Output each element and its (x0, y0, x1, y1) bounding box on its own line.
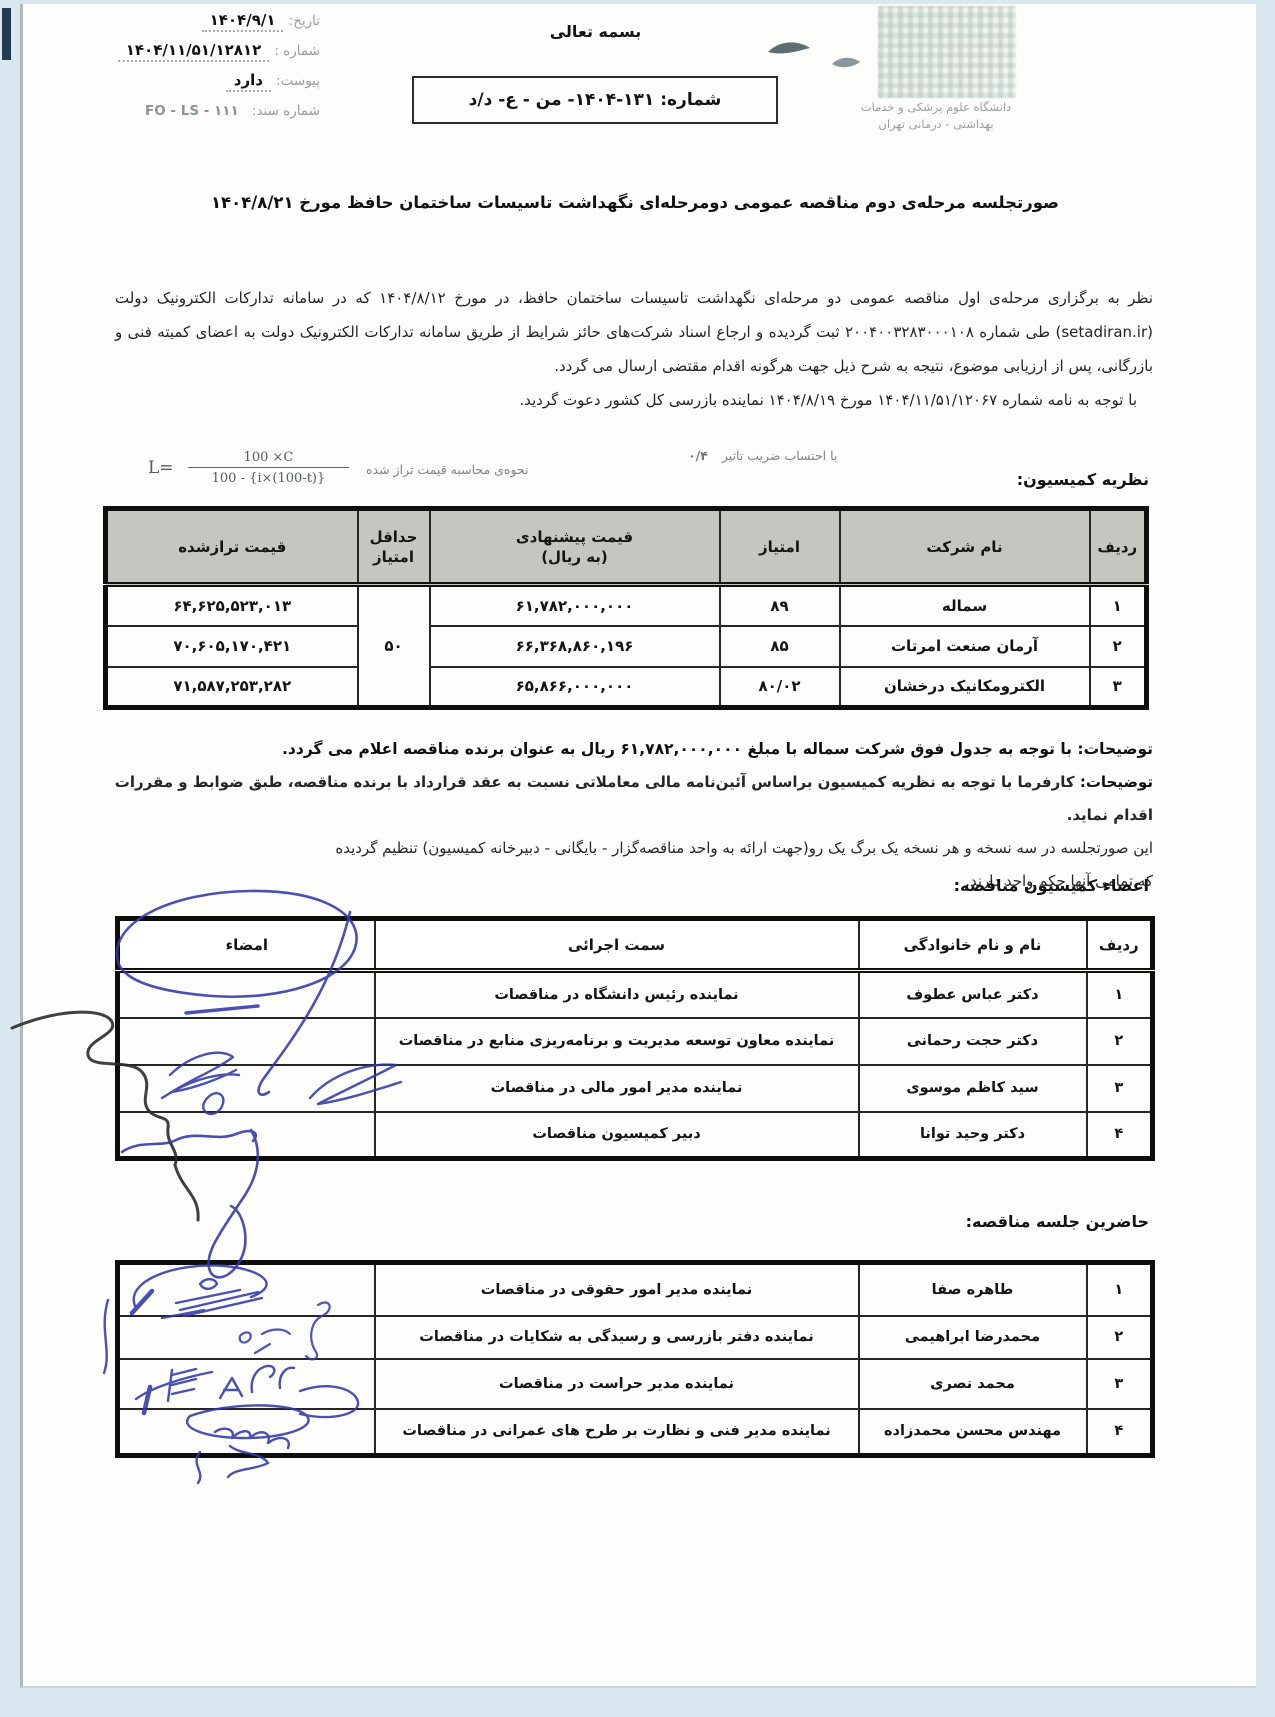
attachment-value: دارد (226, 71, 271, 92)
attendees-heading: حاضرین جلسه مناقصه: (966, 1212, 1149, 1231)
number-label: شماره : (274, 43, 320, 59)
cell-role: نماینده مدیر فنی و نظارت بر طرح های عمرا… (375, 1409, 859, 1456)
coefficient-note: با احتساب ضریب تاثیر ۰/۴ (688, 448, 837, 463)
price-formula: L= 100 ×C 100 - {i×(100-t)} (148, 450, 349, 486)
table-row: ۲ محمدرضا ابراهیمی نماینده دفتر بازرسی و… (118, 1316, 1153, 1359)
attendees-table: ۱ طاهره صفا نماینده مدیر امور حقوقی در م… (115, 1260, 1155, 1458)
commission-header-row: ردیف نام شرکت امتیاز قیمت پیشنهادی (به ر… (106, 509, 1147, 585)
commission-heading: نظریه کمیسیون: (1017, 470, 1149, 489)
body-paragraphs: نظر به برگزاری مرحله‌ی اول مناقصه عمومی … (115, 281, 1153, 417)
cell-score: ۸۵ (720, 626, 840, 667)
notes-block: توضیحات: با توجه به جدول فوق شرکت سماله … (113, 733, 1153, 898)
doc-code-value: FO - LS - ۱۱۱ (137, 103, 247, 120)
cell-company: الکترومکانیک درخشان (840, 667, 1090, 708)
cell-name: دکتر عباس عطوف (859, 971, 1087, 1018)
paragraph-1: نظر به برگزاری مرحله‌ی اول مناقصه عمومی … (115, 281, 1153, 383)
university-name-line1: دانشگاه علوم پزشکی و خدمات (845, 99, 1027, 116)
cell-role: نماینده رئیس دانشگاه در مناقصات (375, 971, 859, 1018)
note-copies-line1: این صورتجلسه در سه نسخه و هر نسخه یک برگ… (113, 832, 1153, 865)
col-balanced-price: قیمت ترازشده (106, 509, 358, 585)
scanned-document: تاریخ: ۱۴۰۴/۹/۱ شماره : ۱۴۰۴/۱۱/۵۱/۱۲۸۱۲… (0, 0, 1275, 1717)
col-row: ردیف (1090, 509, 1147, 585)
cell-company: آرمان صنعت امرتات (840, 626, 1090, 667)
cell-signature (118, 1263, 375, 1316)
university-name-line2: بهداشتی - درمانی تهران (845, 116, 1027, 133)
letter-number-box: شماره: ۱۳۱-۱۴۰۴- من - ع- د/د (412, 76, 778, 124)
cell-signature (118, 1065, 375, 1112)
cell-balanced-price: ۶۴,۶۲۵,۵۲۳,۰۱۳ (106, 585, 358, 626)
cell-price: ۶۶,۳۶۸,۸۶۰,۱۹۶ (430, 626, 720, 667)
doc-code-label: شماره سند: (252, 103, 320, 119)
table-row: ۲ دکتر حجت رحمانی نماینده معاون توسعه مد… (118, 1018, 1153, 1065)
cell-price: ۶۵,۸۶۶,۰۰۰,۰۰۰ (430, 667, 720, 708)
table-row: ۳ الکترومکانیک درخشان ۸۰/۰۲ ۶۵,۸۶۶,۰۰۰,۰… (106, 667, 1147, 708)
letter-attachment: پیوست: دارد (30, 70, 320, 89)
cell-balanced-price: ۷۱,۵۸۷,۲۵۳,۲۸۲ (106, 667, 358, 708)
letter-number: شماره : ۱۴۰۴/۱۱/۵۱/۱۲۸۱۲ (30, 40, 320, 59)
document-code: شماره سند: FO - LS - ۱۱۱ (30, 100, 320, 119)
cell-signature (118, 1018, 375, 1065)
col-name: نام و نام خانوادگی (859, 919, 1087, 971)
cell-company: سماله (840, 585, 1090, 626)
cell-balanced-price: ۷۰,۶۰۵,۱۷۰,۴۲۱ (106, 626, 358, 667)
note-winner: توضیحات: با توجه به جدول فوق شرکت سماله … (113, 733, 1153, 766)
table-row: ۱ دکتر عباس عطوف نماینده رئیس دانشگاه در… (118, 971, 1153, 1018)
formula-numerator: 100 ×C (188, 450, 350, 468)
cell-rank: ۱ (1090, 585, 1147, 626)
cell-rank: ۳ (1087, 1359, 1153, 1409)
table-row: ۴ دکتر وحید توانا دبیر کمیسیون مناقصات (118, 1112, 1153, 1159)
formula-lhs: L= (148, 458, 174, 478)
university-name: دانشگاه علوم پزشکی و خدمات بهداشتی - درم… (845, 99, 1027, 133)
cell-rank: ۳ (1087, 1065, 1153, 1112)
col-price: قیمت پیشنهادی (به ریال) (430, 509, 720, 585)
coefficient-label: با احتساب ضریب تاثیر (722, 448, 838, 463)
cell-rank: ۴ (1087, 1112, 1153, 1159)
cell-score: ۸۰/۰۲ (720, 667, 840, 708)
note-contract: توضیحات: کارفرما با توجه به نظریه کمیسیو… (113, 766, 1153, 832)
cell-name: دکتر وحید توانا (859, 1112, 1087, 1159)
col-min-score: حداقل امتیاز (358, 509, 430, 585)
cell-name: دکتر حجت رحمانی (859, 1018, 1087, 1065)
letter-meta: تاریخ: ۱۴۰۴/۹/۱ شماره : ۱۴۰۴/۱۱/۵۱/۱۲۸۱۲… (30, 10, 320, 130)
scan-artifact (2, 8, 11, 60)
formula-denominator: 100 - {i×(100-t)} (212, 468, 326, 486)
formula-caption: نحوه‌ی محاسبه قیمت تراز شده (366, 462, 528, 477)
cell-score: ۸۹ (720, 585, 840, 626)
cell-min-score: ۵۰ (358, 585, 430, 708)
table-row: ۱ سماله ۸۹ ۶۱,۷۸۲,۰۰۰,۰۰۰ ۵۰ ۶۴,۶۲۵,۵۲۳,… (106, 585, 1147, 626)
cell-signature (118, 1409, 375, 1456)
university-logo (878, 6, 1016, 98)
members-header-row: ردیف نام و نام خانوادگی سمت اجرائی امضاء (118, 919, 1153, 971)
cell-role: نماینده دفتر بازرسی و رسیدگی به شکایات د… (375, 1316, 859, 1359)
attachment-label: پیوست: (276, 73, 320, 89)
col-row: ردیف (1087, 919, 1153, 971)
cell-role: نماینده مدیر حراست در مناقصات (375, 1359, 859, 1409)
col-signature: امضاء (118, 919, 375, 971)
paragraph-2: با توجه به نامه شماره ۱۴۰۴/۱۱/۵۱/۱۲۰۶۷ م… (115, 383, 1153, 417)
table-row: ۴ مهندس محسن محمدزاده نماینده مدیر فنی و… (118, 1409, 1153, 1456)
cell-rank: ۱ (1087, 1263, 1153, 1316)
cell-role: نماینده مدیر امور مالی در مناقصات (375, 1065, 859, 1112)
letter-date: تاریخ: ۱۴۰۴/۹/۱ (30, 10, 320, 29)
table-row: ۲ آرمان صنعت امرتات ۸۵ ۶۶,۳۶۸,۸۶۰,۱۹۶ ۷۰… (106, 626, 1147, 667)
cell-rank: ۱ (1087, 971, 1153, 1018)
cell-name: طاهره صفا (859, 1263, 1087, 1316)
date-value: ۱۴۰۴/۹/۱ (202, 11, 284, 32)
cell-name: محمدرضا ابراهیمی (859, 1316, 1087, 1359)
commission-table: ردیف نام شرکت امتیاز قیمت پیشنهادی (به ر… (103, 506, 1149, 710)
members-table: ردیف نام و نام خانوادگی سمت اجرائی امضاء… (115, 916, 1155, 1161)
cell-rank: ۲ (1087, 1316, 1153, 1359)
cell-rank: ۴ (1087, 1409, 1153, 1456)
cell-role: نماینده مدیر امور حقوقی در مناقصات (375, 1263, 859, 1316)
coefficient-value: ۰/۴ (688, 448, 718, 463)
date-label: تاریخ: (289, 13, 320, 29)
cell-signature (118, 1316, 375, 1359)
cell-price: ۶۱,۷۸۲,۰۰۰,۰۰۰ (430, 585, 720, 626)
col-role: سمت اجرائی (375, 919, 859, 971)
cell-rank: ۳ (1090, 667, 1147, 708)
cell-rank: ۲ (1090, 626, 1147, 667)
cell-name: سید کاظم موسوی (859, 1065, 1087, 1112)
table-row: ۳ محمد نصری نماینده مدیر حراست در مناقصا… (118, 1359, 1153, 1409)
table-row: ۳ سید کاظم موسوی نماینده مدیر امور مالی … (118, 1065, 1153, 1112)
formula-fraction: 100 ×C 100 - {i×(100-t)} (188, 450, 350, 486)
cell-name: محمد نصری (859, 1359, 1087, 1409)
cell-role: نماینده معاون توسعه مدیریت و برنامه‌ریزی… (375, 1018, 859, 1065)
cell-name: مهندس محسن محمدزاده (859, 1409, 1087, 1456)
cell-role: دبیر کمیسیون مناقصات (375, 1112, 859, 1159)
table-row: ۱ طاهره صفا نماینده مدیر امور حقوقی در م… (118, 1263, 1153, 1316)
members-heading: اعضاء کمیسیون مناقصه: (954, 876, 1149, 895)
cell-signature (118, 971, 375, 1018)
bismillah-text: بسمه تعالی (488, 22, 703, 41)
number-value: ۱۴۰۴/۱۱/۵۱/۱۲۸۱۲ (118, 41, 269, 62)
cell-signature (118, 1112, 375, 1159)
col-company: نام شرکت (840, 509, 1090, 585)
cell-rank: ۲ (1087, 1018, 1153, 1065)
cell-signature (118, 1359, 375, 1409)
page-title: صورتجلسه مرحله‌ی دوم مناقصه عمومی دومرحل… (115, 193, 1155, 212)
col-score: امتیاز (720, 509, 840, 585)
